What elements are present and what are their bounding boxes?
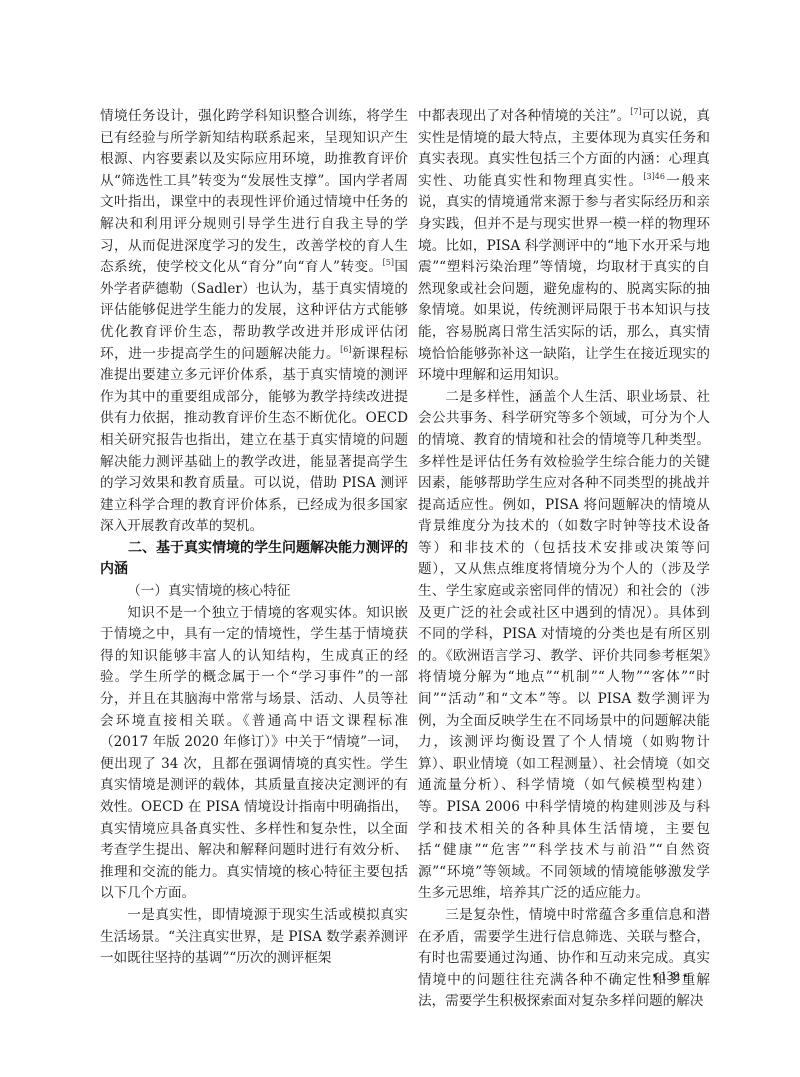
paragraph-text: 新课程标准提出要建立多元评价体系，基于真实情境的测评作为其中的重要组成部分，能够… xyxy=(100,346,408,535)
paragraph: 知识不是一个独立于情境的客观实体。知识嵌于情境之中，具有一定的情境性，学生基于情… xyxy=(100,603,408,905)
section-heading: 二、基于真实情境的学生问题解决能力测评的内涵 xyxy=(100,538,408,581)
paragraph: 中都表现出了对各种情境的关注”。[7]可以说，真实性是情境的最大特点，主要体现为… xyxy=(418,106,710,387)
right-column: 中都表现出了对各种情境的关注”。[7]可以说，真实性是情境的最大特点，主要体现为… xyxy=(418,106,710,1013)
paragraph-text: 中都表现出了对各种情境的关注”。 xyxy=(418,108,630,124)
journal-page: 情境任务设计，强化跨学科知识整合训练，将学生已有经验与所学新知结构联系起来，呈现… xyxy=(0,0,800,1077)
citation-ref: [6] xyxy=(340,345,351,354)
page-number: • 139 • xyxy=(640,968,700,984)
citation-ref: [3]46 xyxy=(643,172,665,181)
left-column: 情境任务设计，强化跨学科知识整合训练，将学生已有经验与所学新知结构联系起来，呈现… xyxy=(100,106,408,970)
paragraph-text: 一般来说，真实的情境通常来源于参与者实际经历和亲身实践，但并不是与现实世界一模一… xyxy=(418,173,710,383)
citation-ref: [5] xyxy=(383,258,394,267)
paragraph-text: 情境任务设计，强化跨学科知识整合训练，将学生已有经验与所学新知结构联系起来，呈现… xyxy=(100,108,408,275)
paragraph: 情境任务设计，强化跨学科知识整合训练，将学生已有经验与所学新知结构联系起来，呈现… xyxy=(100,106,408,538)
sub-heading: （一）真实情境的核心特征 xyxy=(100,581,408,603)
paragraph: 一是真实性，即情境源于现实生活或模拟真实生活场景。“关注真实世界，是 PISA … xyxy=(100,905,408,970)
paragraph: 三是复杂性，情境中时常蕴含多重信息和潜在矛盾，需要学生进行信息筛选、关联与整合，… xyxy=(418,905,710,1013)
citation-ref: [7] xyxy=(630,107,641,116)
paragraph: 二是多样性，涵盖个人生活、职业场景、社会公共事务、科学研究等多个领域，可分为个人… xyxy=(418,387,710,905)
